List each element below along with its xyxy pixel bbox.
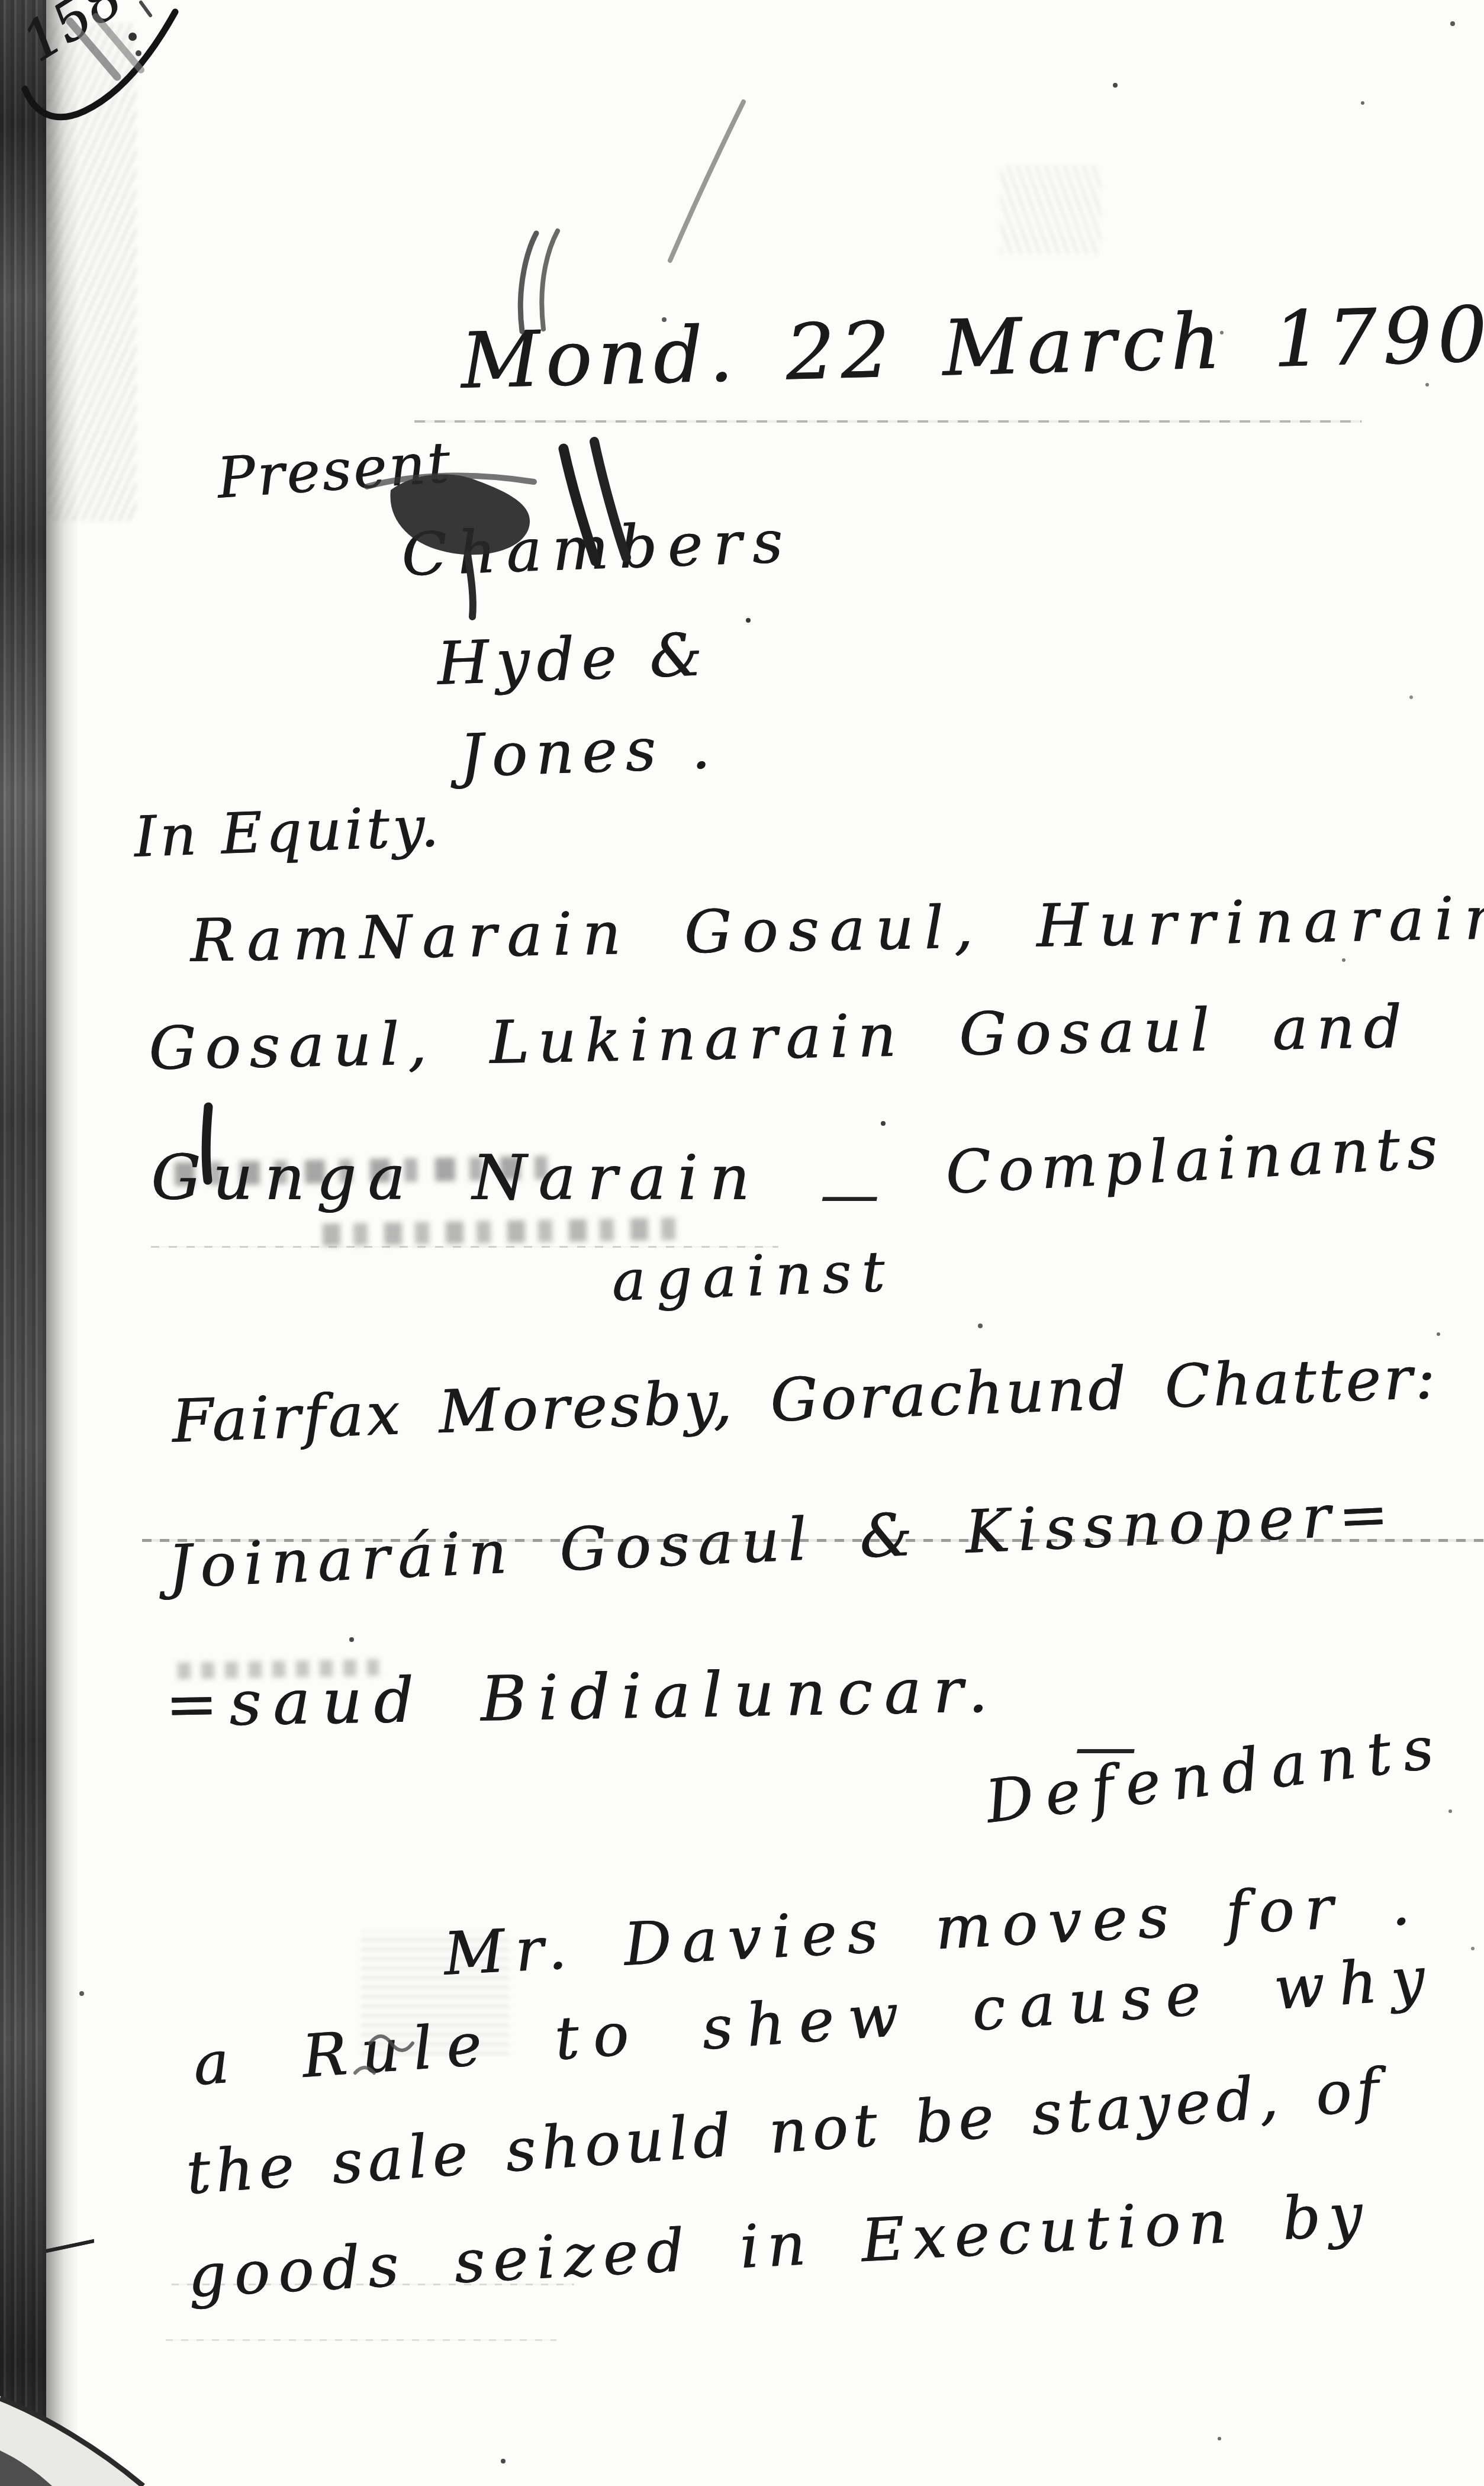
defendants-line-3: =saud Bidialuncar. <box>165 1659 1000 1736</box>
defendants-line-2: Joinaráin Gosaul & Kissnoper= <box>167 1484 1398 1597</box>
paper-mottle <box>1000 166 1101 255</box>
ink-offset-ghost <box>323 1218 684 1247</box>
defendants-label: Defendants <box>983 1717 1448 1832</box>
binding-texture <box>0 0 46 2486</box>
judge-hyde: Hyde & <box>436 625 710 694</box>
complainants-label: Complainants <box>944 1118 1446 1203</box>
margin-dash: — <box>37 2211 101 2274</box>
judge-chambers: Chambers <box>401 512 794 585</box>
defendants-line-1: Fairfax Moresby, Gorachund Chatter: <box>171 1348 1439 1451</box>
ink-specks <box>0 0 2 2</box>
judge-jones: Jones . <box>459 718 719 786</box>
complainants-line-1: RamNarain Gosaul, Hurrinarain <box>189 888 1484 971</box>
present-label: Present <box>215 434 454 507</box>
complainants-line-2: Gosaul, Lukinarain Gosaul and <box>148 997 1411 1078</box>
heading-stray-strokes <box>520 102 743 331</box>
jurisdiction-heading: In Equity. <box>133 799 443 866</box>
versus-word: against <box>611 1244 896 1310</box>
complainants-line-3: Gunga Narain <box>151 1147 761 1209</box>
paper-mottle <box>47 24 136 521</box>
complainants-dash: — <box>820 1165 879 1224</box>
scan-line <box>166 2339 556 2341</box>
manuscript-page: 158 Mond. 22 March 1790 Present Chambers… <box>0 0 1484 2486</box>
date-heading: Mond. 22 March 1790 <box>460 295 1484 400</box>
motion-line-4: goods seized in Execution by <box>186 2185 1372 2306</box>
scan-line <box>414 420 1361 423</box>
